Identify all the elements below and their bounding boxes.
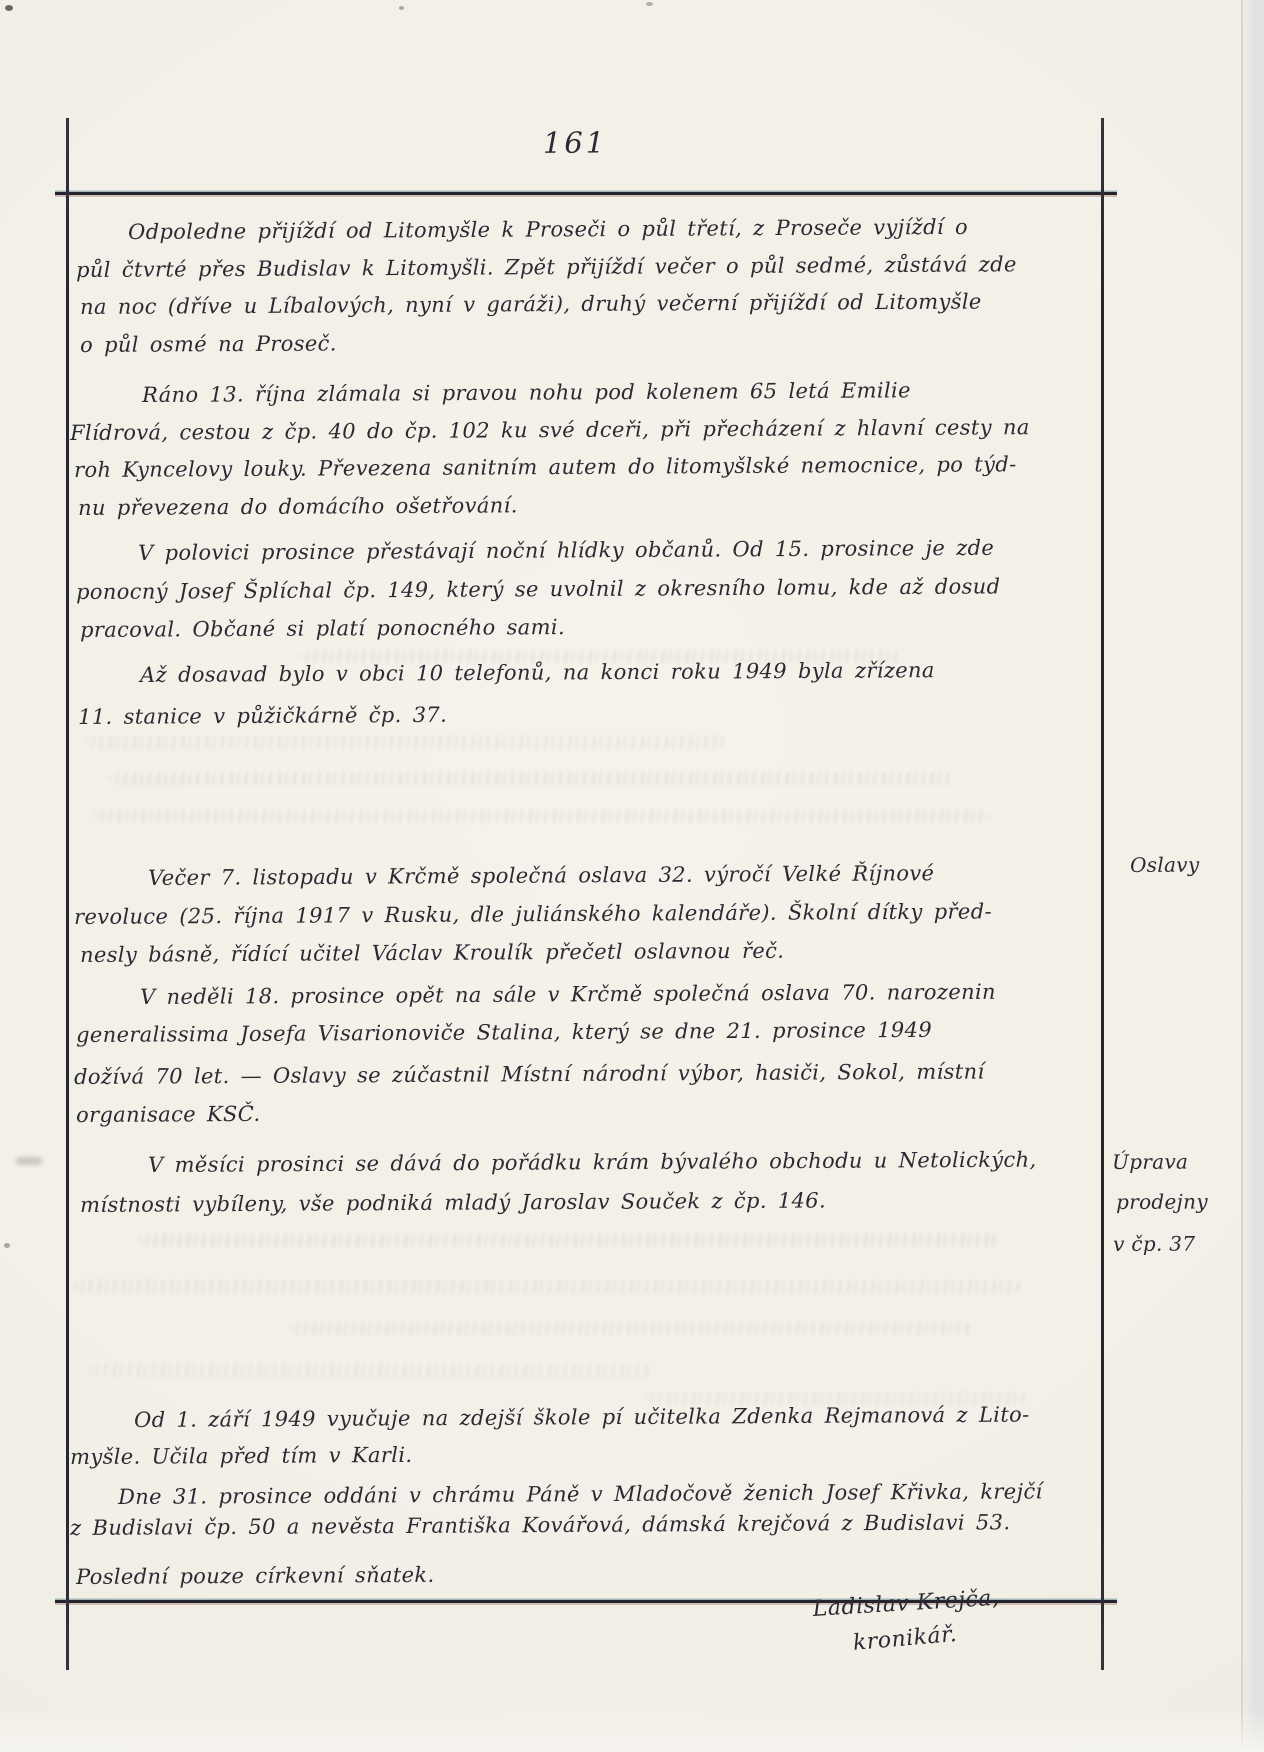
text-line: 11. stanice v půžičkárně čp. 37. <box>78 702 447 731</box>
paper-edge-right <box>1242 0 1264 1752</box>
signature-name: Ladislav Krejča, <box>812 1586 1000 1622</box>
text-line: Dne 31. prosince oddáni v chrámu Páně v … <box>118 1478 1043 1511</box>
text-line: pracoval. Občané si platí ponocného sami… <box>80 614 565 644</box>
text-line: Od 1. září 1949 vyučuje na zdejší škole … <box>134 1402 1030 1434</box>
bleed-through-mark <box>95 810 990 823</box>
text-line: revoluce (25. října 1917 v Rusku, dle ju… <box>74 898 992 931</box>
text-line: organisace KSČ. <box>76 1101 261 1129</box>
bleed-through-mark <box>140 1234 1000 1247</box>
text-line: Flídrová, cestou z čp. 40 do čp. 102 ku … <box>70 414 1030 447</box>
bleed-through-mark <box>75 1280 1020 1293</box>
text-line: generalissima Josefa Visarionoviče Stali… <box>76 1017 932 1049</box>
margin-note-cp37: v čp. 37 <box>1113 1231 1195 1256</box>
margin-note-prodejny: prodejny <box>1116 1189 1208 1214</box>
bleed-through-mark <box>300 650 900 663</box>
rule-right <box>1101 118 1104 1670</box>
margin-note-oslavy: Oslavy <box>1130 853 1200 877</box>
ink-smudge <box>16 1157 42 1165</box>
ink-speck <box>4 1243 10 1248</box>
bleed-through-mark <box>110 772 955 785</box>
text-line: V polovici prosince přestávají noční hlí… <box>138 535 994 567</box>
paper-edge-line <box>1241 0 1243 1752</box>
text-line: o půl osmé na Proseč. <box>80 330 337 359</box>
text-line: místnosti vybíleny, vše podniká mladý Ja… <box>80 1187 826 1219</box>
text-line: ponocný Josef Šplíchal čp. 149, který se… <box>76 573 1000 606</box>
text-line: Večer 7. listopadu v Krčmě společná osla… <box>148 860 934 892</box>
text-line: půl čtvrté přes Budislav k Litomyšli. Zp… <box>76 251 1017 284</box>
text-line: myšle. Učila před tím v Karli. <box>70 1442 412 1471</box>
bleed-through-mark <box>86 736 726 749</box>
text-line: V měsíci prosinci se dává do pořádku krá… <box>148 1147 1037 1179</box>
bleed-through-mark <box>90 1364 650 1377</box>
text-line: V neděli 18. prosince opět na sále v Krč… <box>140 979 996 1011</box>
text-line: nesly básně, řídící učitel Václav Kroulí… <box>80 938 784 969</box>
text-line: na noc (dříve u Líbalových, nyní v garáž… <box>80 288 982 321</box>
rule-top <box>55 192 1117 195</box>
ink-speck <box>646 2 653 6</box>
ink-speck <box>5 5 13 11</box>
paper-edge-bottom <box>0 1708 1264 1752</box>
margin-note-uprava: Úprava <box>1112 1150 1188 1174</box>
bleed-through-mark <box>290 1322 970 1335</box>
ink-speck <box>399 6 404 10</box>
text-line: nu převezena do domácího ošetřování. <box>78 492 518 522</box>
rule-left <box>66 118 69 1670</box>
text-line: dožívá 70 let. — Oslavy se zúčastnil Mís… <box>74 1058 985 1091</box>
text-line: Ráno 13. října zlámala si pravou nohu po… <box>142 377 911 409</box>
text-line: Poslední pouze církevní sňatek. <box>76 1562 435 1591</box>
page-number: 161 <box>515 125 635 160</box>
signature-title: kronikář. <box>852 1622 958 1656</box>
text-line: roh Kyncelovy louky. Převezena sanitním … <box>74 451 1017 484</box>
chronicle-page: 161 Odpoledne přijíždí od Litomyšle k Pr… <box>0 0 1264 1752</box>
text-line: Odpoledne přijíždí od Litomyšle k Proseč… <box>128 214 968 246</box>
text-line: z Budislavi čp. 50 a nevěsta Františka K… <box>70 1509 1010 1542</box>
